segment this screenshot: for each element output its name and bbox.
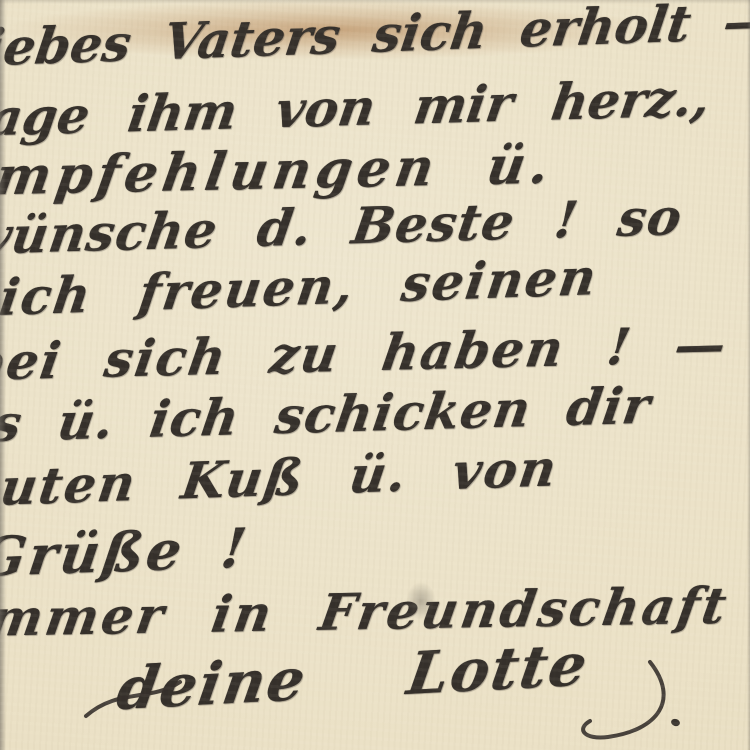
handwriting-line-10: immer in Freundschaft bbox=[0, 581, 732, 644]
handwriting-line-1: liebes Vaters sich erholt — bbox=[0, 0, 750, 74]
handwriting-line-5: sich freuen, seinen bbox=[0, 252, 601, 324]
handwriting-line-9: Grüße ! bbox=[0, 520, 252, 584]
signature-period-dot bbox=[670, 718, 681, 727]
signature-line: deine Lotte bbox=[113, 635, 592, 718]
handwriting-line-2: sage ihm von mir herz., bbox=[0, 73, 713, 144]
handwriting-line-8: guten Kuß ü. von bbox=[0, 443, 561, 514]
letter-paper: liebes Vaters sich erholt — sage ihm von… bbox=[0, 0, 750, 750]
